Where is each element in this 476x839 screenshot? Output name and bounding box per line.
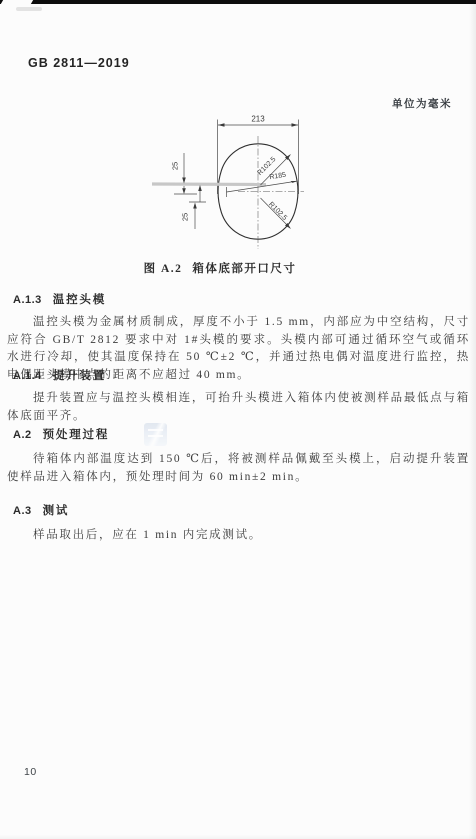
page-number: 10 [24,766,37,778]
section-heading-a14: A.1.4提升装置 [13,367,106,383]
arrow-r-side [291,181,298,183]
scan-top-notch [1,0,33,4]
dim-label-25-upper: 25 [171,162,180,170]
section-title: 预处理过程 [43,429,110,441]
units-note: 单位为毫米 [392,96,452,111]
section-id: A.1.4 [13,370,42,382]
dim-label-r-bottom: R102.5 [267,201,288,222]
arrow-width-right [292,123,299,127]
scan-smudge [16,7,42,11]
section-title: 温控头模 [53,294,106,306]
page-edge-shadow-right [469,0,476,839]
leader-r-side [227,181,298,192]
arrow-offset-4 [193,203,197,209]
section-heading-a3: A.3测试 [13,502,69,518]
document-page: GB 2811—2019 单位为毫米 213 [0,0,476,839]
figure-drawing: 213 25 25 [140,108,360,258]
section-id: A.2 [13,429,32,441]
scan-top-bar [0,0,476,4]
watermark-icon [144,423,167,446]
section-heading-a13: A.1.3温控头模 [13,291,106,307]
section-paragraph-a3: 样品取出后，应在 1 min 内完成测试。 [7,527,470,545]
section-paragraph-a14: 提升装置应与温控头模相连，可抬升头模进入箱体内使被测样品最低点与箱体底面平齐。 [7,390,470,425]
section-heading-a2: A.2预处理过程 [13,426,109,442]
arrow-offset-2 [182,188,186,194]
centerlines [238,136,304,249]
section-paragraph-a2: 待箱体内部温度达到 150 ℃后，将被测样品佩戴至头模上，启动提升装置使样品进入… [7,451,470,486]
arrow-width-left [218,123,225,127]
arrow-offset-3 [198,185,202,191]
reference-plane-line [152,184,266,185]
section-id: A.1.3 [13,294,42,306]
figure-caption: 图 A.2箱体底部开口尺寸 [90,260,350,276]
dim-label-213: 213 [251,115,265,124]
section-title: 提升装置 [53,370,106,382]
section-id: A.3 [13,505,32,517]
dim-label-25-lower: 25 [181,213,190,221]
figure-caption-label: 图 A.2 [144,263,183,275]
figure-caption-title: 箱体底部开口尺寸 [192,263,296,275]
page-edge-shadow-bottom [0,834,476,839]
dim-label-r-side: R185 [269,172,287,182]
standard-code: GB 2811—2019 [28,56,130,70]
section-title: 测试 [43,505,70,517]
figure-a2-svg: 213 25 25 [140,108,360,258]
